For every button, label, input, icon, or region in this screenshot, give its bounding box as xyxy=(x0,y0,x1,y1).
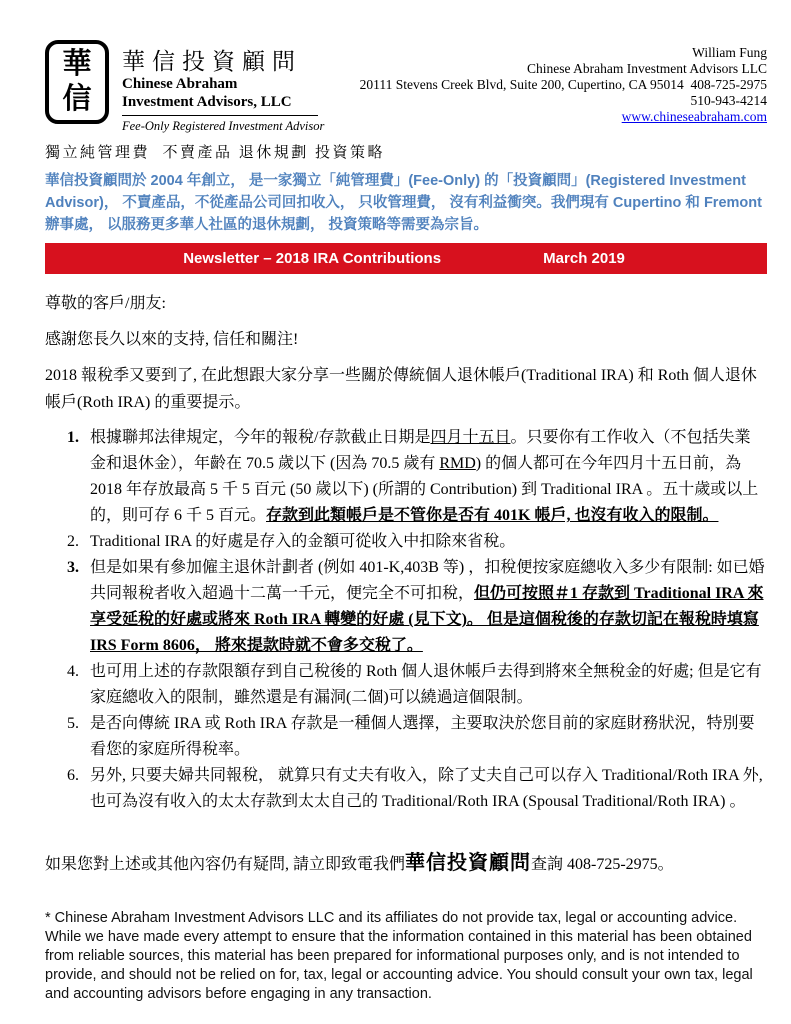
list-item-text: 也可用上述的存款限額存到自己稅後的 Roth 個人退休帳戶去得到將來全無稅金的好… xyxy=(90,659,767,711)
list-item-number: 6. xyxy=(67,763,90,815)
seal-character-top: 華 xyxy=(62,47,91,82)
thanks-line: 感謝您長久以來的支持, 信任和關注! xyxy=(45,326,767,353)
header: 華 信 華信投資顧問 Chinese Abraham Investment Ad… xyxy=(45,40,767,134)
contact-name: William Fung xyxy=(360,45,767,61)
list-item-segment: RMD xyxy=(439,455,475,472)
list-item-segment: 是否向傳統 IRA 或 Roth IRA 存款是一種個人選擇，主要取決於您目前的… xyxy=(90,715,754,758)
company-intro-paragraph: 華信投資顧問於 2004 年創立， 是一家獨立「純管理費」(Fee-Only) … xyxy=(45,170,767,236)
list-item-segment: 也可用上述的存款限額存到自己稅後的 Roth 個人退休帳戶去得到將來全無稅金的好… xyxy=(90,663,762,706)
title-divider xyxy=(122,115,318,116)
list-item: 5.是否向傳統 IRA 或 Roth IRA 存款是一種個人選擇，主要取決於您目… xyxy=(45,711,767,763)
closing-company-name: 華信投資顧問 xyxy=(405,852,531,874)
list-item-segment: 另外, 只要夫婦共同報稅， 就算只有丈夫有收入，除了丈夫自己可以存入 Tradi… xyxy=(90,767,763,810)
company-titles: 華信投資顧問 Chinese Abraham Investment Adviso… xyxy=(122,40,324,134)
list-item-number: 2. xyxy=(67,529,90,555)
ira-list: 1.根據聯邦法律規定，今年的報稅/存款截止日期是四月十五日。只要你有工作收入（不… xyxy=(45,425,767,815)
company-name-english-line1: Chinese Abraham xyxy=(122,76,324,94)
list-item-text: 根據聯邦法律規定，今年的報稅/存款截止日期是四月十五日。只要你有工作收入（不包括… xyxy=(90,425,767,529)
list-item-segment: 根據聯邦法律規定，今年的報稅/存款截止日期是 xyxy=(90,429,430,446)
list-item-segment: Traditional IRA 的好處是存入的金額可從收入中扣除來省稅。 xyxy=(90,533,515,550)
newsletter-page: 華 信 華信投資顧問 Chinese Abraham Investment Ad… xyxy=(0,0,791,1024)
list-item: 4.也可用上述的存款限額存到自己稅後的 Roth 個人退休帳戶去得到將來全無稅金… xyxy=(45,659,767,711)
company-name-chinese: 華信投資顧問 xyxy=(122,43,324,76)
list-item-number: 1. xyxy=(67,425,90,529)
contact-company: Chinese Abraham Investment Advisors LLC xyxy=(360,61,767,77)
company-name-english-line2: Investment Advisors, LLC xyxy=(122,94,324,112)
closing-paragraph: 如果您對上述或其他內容仍有疑問, 請立即致電我們華信投資顧問查詢 408-725… xyxy=(45,849,767,879)
list-item-number: 5. xyxy=(67,711,90,763)
closing-text-post: 查詢 408-725-2975。 xyxy=(531,856,674,873)
list-item: 6.另外, 只要夫婦共同報稅， 就算只有丈夫有收入，除了丈夫自己可以存入 Tra… xyxy=(45,763,767,815)
website-link[interactable]: www.chineseabraham.com xyxy=(622,109,767,124)
contact-block: William Fung Chinese Abraham Investment … xyxy=(360,40,767,125)
fee-only-subtitle: Fee-Only Registered Investment Advisor xyxy=(122,119,324,134)
intro-paragraph: 2018 報稅季又要到了, 在此想跟大家分享一些關於傳統個人退休帳戶(Tradi… xyxy=(45,362,767,416)
list-item: 3.但是如果有參加僱主退休計劃者 (例如 401-K,403B 等) ，扣稅便按… xyxy=(45,555,767,659)
company-logo-block: 華 信 華信投資顧問 Chinese Abraham Investment Ad… xyxy=(45,40,324,134)
seal-character-bottom: 信 xyxy=(62,82,91,117)
closing-text-pre: 如果您對上述或其他內容仍有疑問, 請立即致電我們 xyxy=(45,856,405,873)
list-item-segment: 四月十五日 xyxy=(430,429,510,446)
services-tagline: 獨立純管理費 不賣產品 退休規劃 投資策略 xyxy=(45,141,767,162)
company-seal-logo: 華 信 xyxy=(45,40,109,124)
list-item: 2.Traditional IRA 的好處是存入的金額可從收入中扣除來省稅。 xyxy=(45,529,767,555)
legal-disclaimer: * Chinese Abraham Investment Advisors LL… xyxy=(45,909,767,1004)
letter-body: 尊敬的客戶/朋友: 感謝您長久以來的支持, 信任和關注! 2018 報稅季又要到… xyxy=(45,290,767,1004)
list-item-number: 3. xyxy=(67,555,90,659)
contact-phone-2: 510-943-4214 xyxy=(360,93,767,109)
banner-title: Newsletter – 2018 IRA Contributions xyxy=(183,243,441,274)
list-item-text: 但是如果有參加僱主退休計劃者 (例如 401-K,403B 等) ，扣稅便按家庭… xyxy=(90,555,767,659)
greeting-line: 尊敬的客戶/朋友: xyxy=(45,290,767,317)
newsletter-banner: Newsletter – 2018 IRA Contributions Marc… xyxy=(45,243,767,274)
contact-address-phone: 20111 Stevens Creek Blvd, Suite 200, Cup… xyxy=(360,77,767,93)
list-item-text: Traditional IRA 的好處是存入的金額可從收入中扣除來省稅。 xyxy=(90,529,767,555)
list-item-text: 另外, 只要夫婦共同報稅， 就算只有丈夫有收入，除了丈夫自己可以存入 Tradi… xyxy=(90,763,767,815)
list-item-text: 是否向傳統 IRA 或 Roth IRA 存款是一種個人選擇，主要取決於您目前的… xyxy=(90,711,767,763)
list-item-segment: 存款到此類帳戶是不管你是否有 401K 帳戶, 也沒有收入的限制。 xyxy=(266,507,718,524)
list-item-number: 4. xyxy=(67,659,90,711)
banner-date: March 2019 xyxy=(543,243,625,274)
list-item: 1.根據聯邦法律規定，今年的報稅/存款截止日期是四月十五日。只要你有工作收入（不… xyxy=(45,425,767,529)
